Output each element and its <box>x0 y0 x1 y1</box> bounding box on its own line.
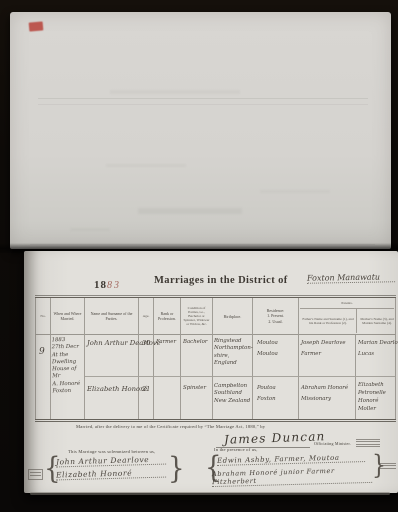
col-header-rank-label: Rank or Profession. <box>155 311 179 321</box>
col-header-when-where: When and Where Married. <box>51 298 85 335</box>
col-header-when-where-label: When and Where Married. <box>52 311 83 321</box>
bride-condition-handwritten: Spinster <box>183 385 206 391</box>
cell-bride-name: Elizabeth Honoré <box>85 377 139 419</box>
col-header-rank: Rank or Profession. <box>154 298 181 335</box>
col-header-residence-label: Residence: 1. Present. 2. Usual. <box>267 308 285 324</box>
minister-signature: James Duncan <box>224 429 326 447</box>
bride-mother-handwritten: Elizabeth Petronelle Honoré Moller <box>358 381 395 413</box>
cell-bride-rank <box>154 377 181 419</box>
district-name-handwritten: Foxton Manawatu <box>307 272 395 284</box>
cell-when-where: 1883 27th Decr At the Dwelling House of … <box>51 335 85 419</box>
col-header-no-label: No. <box>40 314 45 318</box>
register-year: 1883 <box>94 275 121 293</box>
witness-bracket-note <box>380 461 396 470</box>
red-pencil-page-mark <box>29 21 44 31</box>
parties-close-brace: } <box>168 452 185 487</box>
groom-mother-handwritten: Marian Dearlove Lucas <box>358 338 398 361</box>
witness-2-signature: Abraham Honoré junior Farmer Fitzherbert <box>212 466 372 487</box>
col-header-age-label: Age. <box>143 314 150 318</box>
cell-bride-condition: Spinster <box>181 377 213 419</box>
ghost-smudge <box>260 190 330 193</box>
officiating-minister-label: Officiating Minister. <box>314 441 351 446</box>
col-header-mother-label: Mother's Name (3), and Maiden Surname (4… <box>358 317 396 325</box>
scanned-register-photo: 1883 Marriages in the District of Foxton… <box>0 0 398 512</box>
ghost-smudge <box>110 90 240 94</box>
cell-bride-residence: Poutoa Foxton <box>253 377 299 419</box>
bride-father-handwritten: Abraham Honoré Missionary <box>301 383 348 406</box>
entry-number-handwritten: 9 <box>39 347 45 357</box>
col-header-residence: Residence: 1. Present. 2. Usual. <box>253 298 299 335</box>
col-header-father: Father's Name and Surname (1), and his R… <box>300 309 357 333</box>
year-printed: 18 <box>94 279 107 291</box>
bride-attestation-signature: Elizabeth Honoré <box>56 468 166 481</box>
cell-bride-age: 21 <box>139 377 154 419</box>
cell-groom-name: John Arthur Dearlove <box>85 335 139 377</box>
cell-groom-rank: Farmer <box>154 335 181 377</box>
bride-age-handwritten: 21 <box>142 385 150 393</box>
col-header-names: Name and Surname of the Parties. <box>85 298 139 335</box>
certificate-statement: Married, after the delivery to me of the… <box>76 424 265 429</box>
col-header-birthplace-label: Birthplace. <box>224 314 242 319</box>
marriage-register-page: 1883 Marriages in the District of Foxton… <box>24 251 398 493</box>
ghost-smudge <box>70 228 110 231</box>
groom-birthplace-handwritten: Ringstead Northampton- shire, England <box>214 338 253 367</box>
cell-entry-no: 9 <box>35 335 51 419</box>
cell-bride-father: Abraham Honoré Missionary <box>299 377 356 419</box>
cell-bride-birthplace: Campbelton Southland New Zealand <box>213 377 253 419</box>
cell-groom-father: Joseph Dearlove Farmer <box>299 335 356 377</box>
col-header-no: No. <box>35 298 51 335</box>
cell-groom-residence: Moutoa Moutoa <box>253 335 299 377</box>
witness-1-signature: Edwin Ashby, Farmer, Moutoa <box>217 453 365 466</box>
col-header-age: Age. <box>139 298 154 335</box>
col-header-mother: Mother's Name (3), and Maiden Surname (4… <box>357 309 397 333</box>
cell-bride-mother: Elizabeth Petronelle Honoré Moller <box>356 377 396 419</box>
col-header-father-label: Father's Name and Surname (1), and his R… <box>301 317 355 325</box>
book-page-edges <box>30 492 390 495</box>
col-header-parents: Parents. <box>300 299 394 309</box>
groom-residence-handwritten: Moutoa Moutoa <box>257 338 278 361</box>
ghost-stamp-showthrough <box>138 208 242 214</box>
groom-father-handwritten: Joseph Dearlove Farmer <box>301 338 346 361</box>
when-where-handwritten: 1883 27th Decr At the Dwelling House of … <box>51 337 84 396</box>
cell-groom-mother: Marian Dearlove Lucas <box>356 335 396 377</box>
year-handwritten: 83 <box>107 280 121 291</box>
cell-groom-birthplace: Ringstead Northampton- shire, England <box>213 335 253 377</box>
ghost-line <box>38 98 368 99</box>
col-header-birthplace: Birthplace. <box>213 298 253 335</box>
register-table: No. When and Where Married. Name and Sur… <box>35 297 396 420</box>
bride-residence-handwritten: Poutoa Foxton <box>257 383 276 406</box>
groom-condition-handwritten: Bachelor <box>183 339 207 345</box>
officiant-bracket-note <box>356 437 380 449</box>
col-header-condition: Condition of Parties, i.e., Bachelor or … <box>181 298 213 335</box>
page-title: Marriages in the District of <box>154 275 288 286</box>
blank-verso-page <box>10 12 391 249</box>
col-header-parents-group: Parents. Father's Name and Surname (1), … <box>299 298 396 335</box>
groom-attestation-signature: John Arthur Dearlove <box>56 455 166 468</box>
col-header-names-label: Name and Surname of the Parties. <box>86 311 137 321</box>
bride-birthplace-handwritten: Campbelton Southland New Zealand <box>214 383 250 405</box>
ghost-line <box>38 104 368 105</box>
groom-age-handwritten: 30 <box>142 339 150 347</box>
cell-groom-age: 30 <box>139 335 154 377</box>
ghost-smudge <box>106 164 186 167</box>
cell-groom-condition: Bachelor <box>181 335 213 377</box>
groom-rank-handwritten: Farmer <box>156 339 176 345</box>
col-header-parents-label: Parents. <box>341 301 352 305</box>
col-header-condition-label: Condition of Parties, i.e., Bachelor or … <box>182 306 211 327</box>
parties-attestation-label: This Marriage was solemnized between us, <box>68 449 155 454</box>
margin-form-code <box>28 469 43 480</box>
